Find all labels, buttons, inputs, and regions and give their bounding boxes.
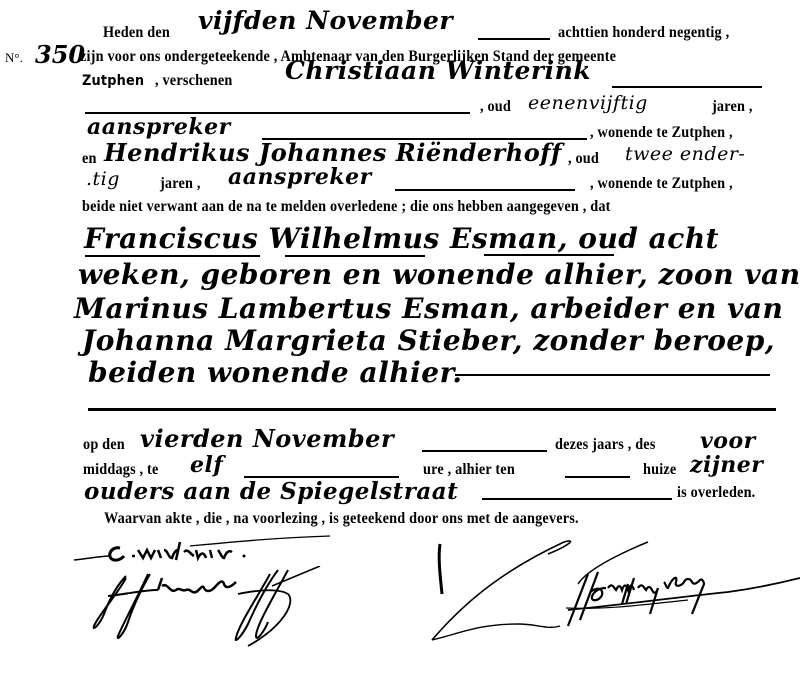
signature-rienderhoff-icon [88,566,338,648]
handwritten-age-2a: twee ender- [625,143,745,165]
print-ure-alhier: ure , alhier ten [423,461,515,479]
print-municipality: Zutphen [82,73,144,89]
handwritten-death-place: ouders aan de Spiegelstraat [84,478,458,505]
print-op-den: op den [83,436,125,454]
name-underline [85,255,260,257]
handwritten-voor: voor [700,428,756,454]
handwritten-occupation-2: aanspreker [228,164,372,190]
print-is-overleden: is overleden. [677,484,755,502]
handwritten-declarant-1: Christiaan Winterink [285,56,591,85]
print-heden-den: Heden den [103,24,170,42]
print-huize: huize [643,461,676,479]
handwritten-deceased-name: Franciscus Wilhelmus Esman, oud acht [84,222,719,255]
signature-official-icon [428,538,800,643]
name-underline [285,255,425,257]
handwritten-mother: Johanna Margrieta Stieber, zonder beroep… [82,324,775,357]
print-middags-te: middags , te [83,461,158,479]
handwritten-age-1: eenenvijftig [528,92,648,114]
blank-line [482,498,672,500]
blank-line [478,38,550,40]
print-closing-statement: Waarvan akte , die , na voorlezing , is … [104,510,579,528]
blank-line [422,450,547,452]
print-en: en [82,150,97,168]
print-oud: , oud [568,150,599,168]
print-oud: , oud [480,98,511,116]
handwritten-zijner: zijner [690,452,763,478]
print-jaren: jaren , [712,98,753,116]
blank-line [395,189,575,191]
handwritten-death-date: vierden November [140,424,394,453]
handwritten-father: Marinus Lambertus Esman, arbeider en van [74,292,783,325]
handwritten-birth-info: weken, geboren en wonende alhier, zoon v… [78,258,800,291]
print-wonende: , wonende te Zutphen , [590,124,733,142]
handwritten-hour: elf [190,452,223,478]
blank-line [565,476,630,478]
print-wonende: , wonende te Zutphen , [590,175,733,193]
handwritten-date: vijfden November [198,6,453,35]
signature-declarant-2 [88,566,338,648]
print-year: achttien honderd negentig , [558,24,729,42]
handwritten-declarant-2: Hendrikus Johannes Riënderhoff [104,138,562,167]
print-verschenen: , verschenen [155,72,232,90]
certificate-number: 350 [35,40,85,69]
handwritten-residence: beiden wonende alhier. [88,356,463,389]
signature-official [428,538,800,643]
print-jaren: jaren , [160,175,201,193]
print-declaration: beide niet verwant aan de na te melden o… [82,198,611,216]
blank-line [455,374,770,376]
name-underline [484,254,614,256]
number-label: N°. [5,50,23,66]
handwritten-age-2b: .tig [86,168,120,190]
blank-line [612,86,762,88]
horizontal-rule [88,408,776,411]
handwritten-occupation-1: aanspreker [87,114,231,140]
print-dezes-jaars: dezes jaars , des [555,436,656,454]
